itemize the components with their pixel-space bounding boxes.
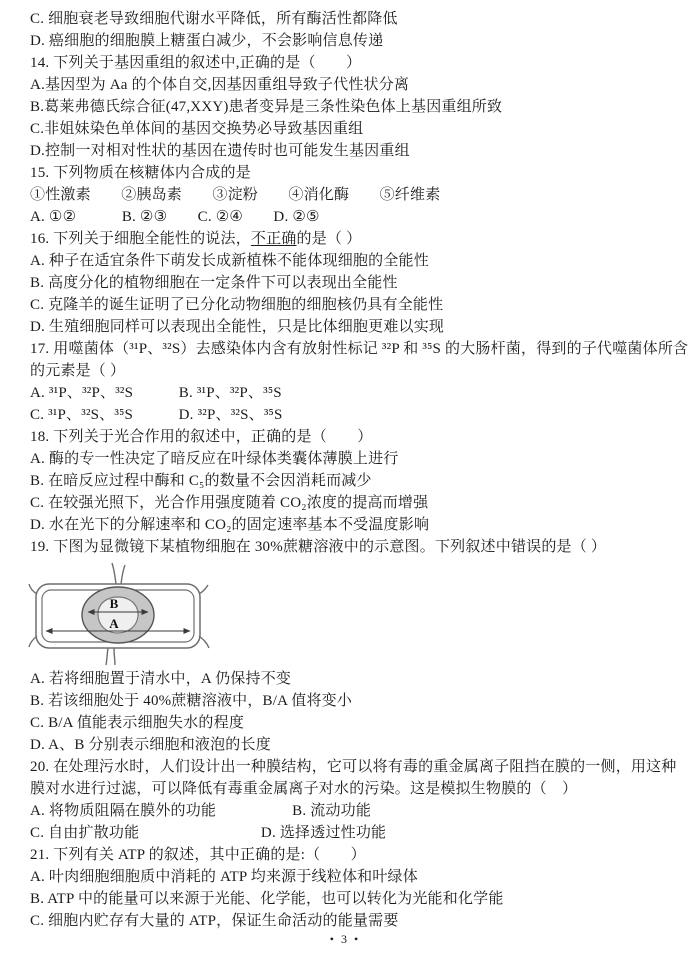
text-line: A.基因型为 Aa 的个体自交,因基因重组导致子代性状分离 bbox=[30, 74, 690, 96]
plant-cell-plasmolysis-figure: B A bbox=[28, 560, 690, 668]
text-line: B.葛莱弗德氏综合征(47,XXY)患者变异是三条性染色体上基因重组所致 bbox=[30, 96, 690, 118]
figure-label-a: A bbox=[109, 616, 119, 631]
text-line: C. 细胞衰老导致细胞代谢水平降低，所有酶活性都降低 bbox=[30, 8, 690, 30]
text-segment: 16. 下列关于细胞全能性的说法， bbox=[30, 231, 251, 247]
figure-label-b: B bbox=[110, 596, 119, 611]
text-line: B. 若该细胞处于 40%蔗糖溶液中，B/A 值将变小 bbox=[30, 690, 690, 712]
text-line: D. 癌细胞的细胞膜上糖蛋白减少，不会影响信息传递 bbox=[30, 30, 690, 52]
text-line: C. 在较强光照下，光合作用强度随着 CO₂浓度的提高而增强 bbox=[30, 492, 690, 514]
text-line: 15. 下列物质在核糖体内合成的是 bbox=[30, 162, 690, 184]
text-line: C. 自由扩散功能 D. 选择透过性功能 bbox=[30, 822, 690, 844]
text-line: 16. 下列关于细胞全能性的说法，不正确的是（ ） bbox=[30, 228, 690, 250]
page-number: • 3 • bbox=[0, 932, 690, 947]
text-line: C. B/A 值能表示细胞失水的程度 bbox=[30, 712, 690, 734]
underlined-text: 不正确 bbox=[251, 231, 297, 247]
text-line: A. 种子在适宜条件下萌发长成新植株不能体现细胞的全能性 bbox=[30, 250, 690, 272]
text-line: 膜对水进行过滤，可以降低有毒重金属离子对水的污染。这是模拟生物膜的（ ） bbox=[30, 778, 690, 800]
plant-cell-figure-svg: B A bbox=[28, 562, 218, 666]
text-line: B. ATP 中的能量可以来源于光能、化学能，也可以转化为光能和化学能 bbox=[30, 888, 690, 910]
text-line: 20. 在处理污水时，人们设计出一种膜结构，它可以将有毒的重金属离子阻挡在膜的一… bbox=[30, 756, 690, 778]
text-line: D. 生殖细胞同样可以表现出全能性，只是比体细胞更难以实现 bbox=[30, 316, 690, 338]
text-line: D. 水在光下的分解速率和 CO₂的固定速率基本不受温度影响 bbox=[30, 514, 690, 536]
text-line: 的元素是（ ） bbox=[30, 360, 690, 382]
text-line: A. 将物质阻隔在膜外的功能 B. 流动功能 bbox=[30, 800, 690, 822]
text-line: 18. 下列关于光合作用的叙述中，正确的是（ ） bbox=[30, 426, 690, 448]
text-line: A. 酶的专一性决定了暗反应在叶绿体类囊体薄膜上进行 bbox=[30, 448, 690, 470]
exam-document-page: C. 细胞衰老导致细胞代谢水平降低，所有酶活性都降低D. 癌细胞的细胞膜上糖蛋白… bbox=[0, 0, 690, 932]
text-line: A. ①② B. ②③ C. ②④ D. ②⑤ bbox=[30, 206, 690, 228]
text-line: 14. 下列关于基因重组的叙述中,正确的是（ ） bbox=[30, 52, 690, 74]
text-line: A. 叶肉细胞细胞质中消耗的 ATP 均来源于线粒体和叶绿体 bbox=[30, 866, 690, 888]
text-line: B. 在暗反应过程中酶和 C₅的数量不会因消耗而减少 bbox=[30, 470, 690, 492]
text-line: D.控制一对相对性状的基因在遗传时也可能发生基因重组 bbox=[30, 140, 690, 162]
text-line: D. A、B 分别表示细胞和液泡的长度 bbox=[30, 734, 690, 756]
text-line: C. 克隆羊的诞生证明了已分化动物细胞的细胞核仍具有全能性 bbox=[30, 294, 690, 316]
text-line: A. 若将细胞置于清水中，A 仍保持不变 bbox=[30, 668, 690, 690]
text-line: C. ³¹P、³²S、³⁵S D. ³²P、³²S、³⁵S bbox=[30, 404, 690, 426]
text-line: 17. 用噬菌体（³¹P、³²S）去感染体内含有放射性标记 ³²P 和 ³⁵S … bbox=[30, 338, 690, 360]
question-lines-container: C. 细胞衰老导致细胞代谢水平降低，所有酶活性都降低D. 癌细胞的细胞膜上糖蛋白… bbox=[0, 0, 690, 932]
text-segment: 的是（ ） bbox=[297, 231, 362, 247]
text-line: B. 高度分化的植物细胞在一定条件下可以表现出全能性 bbox=[30, 272, 690, 294]
text-line: A. ³¹P、³²P、³²S B. ³¹P、³²P、³⁵S bbox=[30, 382, 690, 404]
text-line: 19. 下图为显微镜下某植物细胞在 30%蔗糖溶液中的示意图。下列叙述中错误的是… bbox=[30, 536, 690, 558]
text-line: C. 细胞内贮存有大量的 ATP，保证生命活动的能量需要 bbox=[30, 910, 690, 932]
text-line: ①性激素 ②胰岛素 ③淀粉 ④消化酶 ⑤纤维素 bbox=[30, 184, 690, 206]
text-line: 21. 下列有关 ATP 的叙述，其中正确的是:（ ） bbox=[30, 844, 690, 866]
text-line: C.非姐妹染色单体间的基因交换势必导致基因重组 bbox=[30, 118, 690, 140]
